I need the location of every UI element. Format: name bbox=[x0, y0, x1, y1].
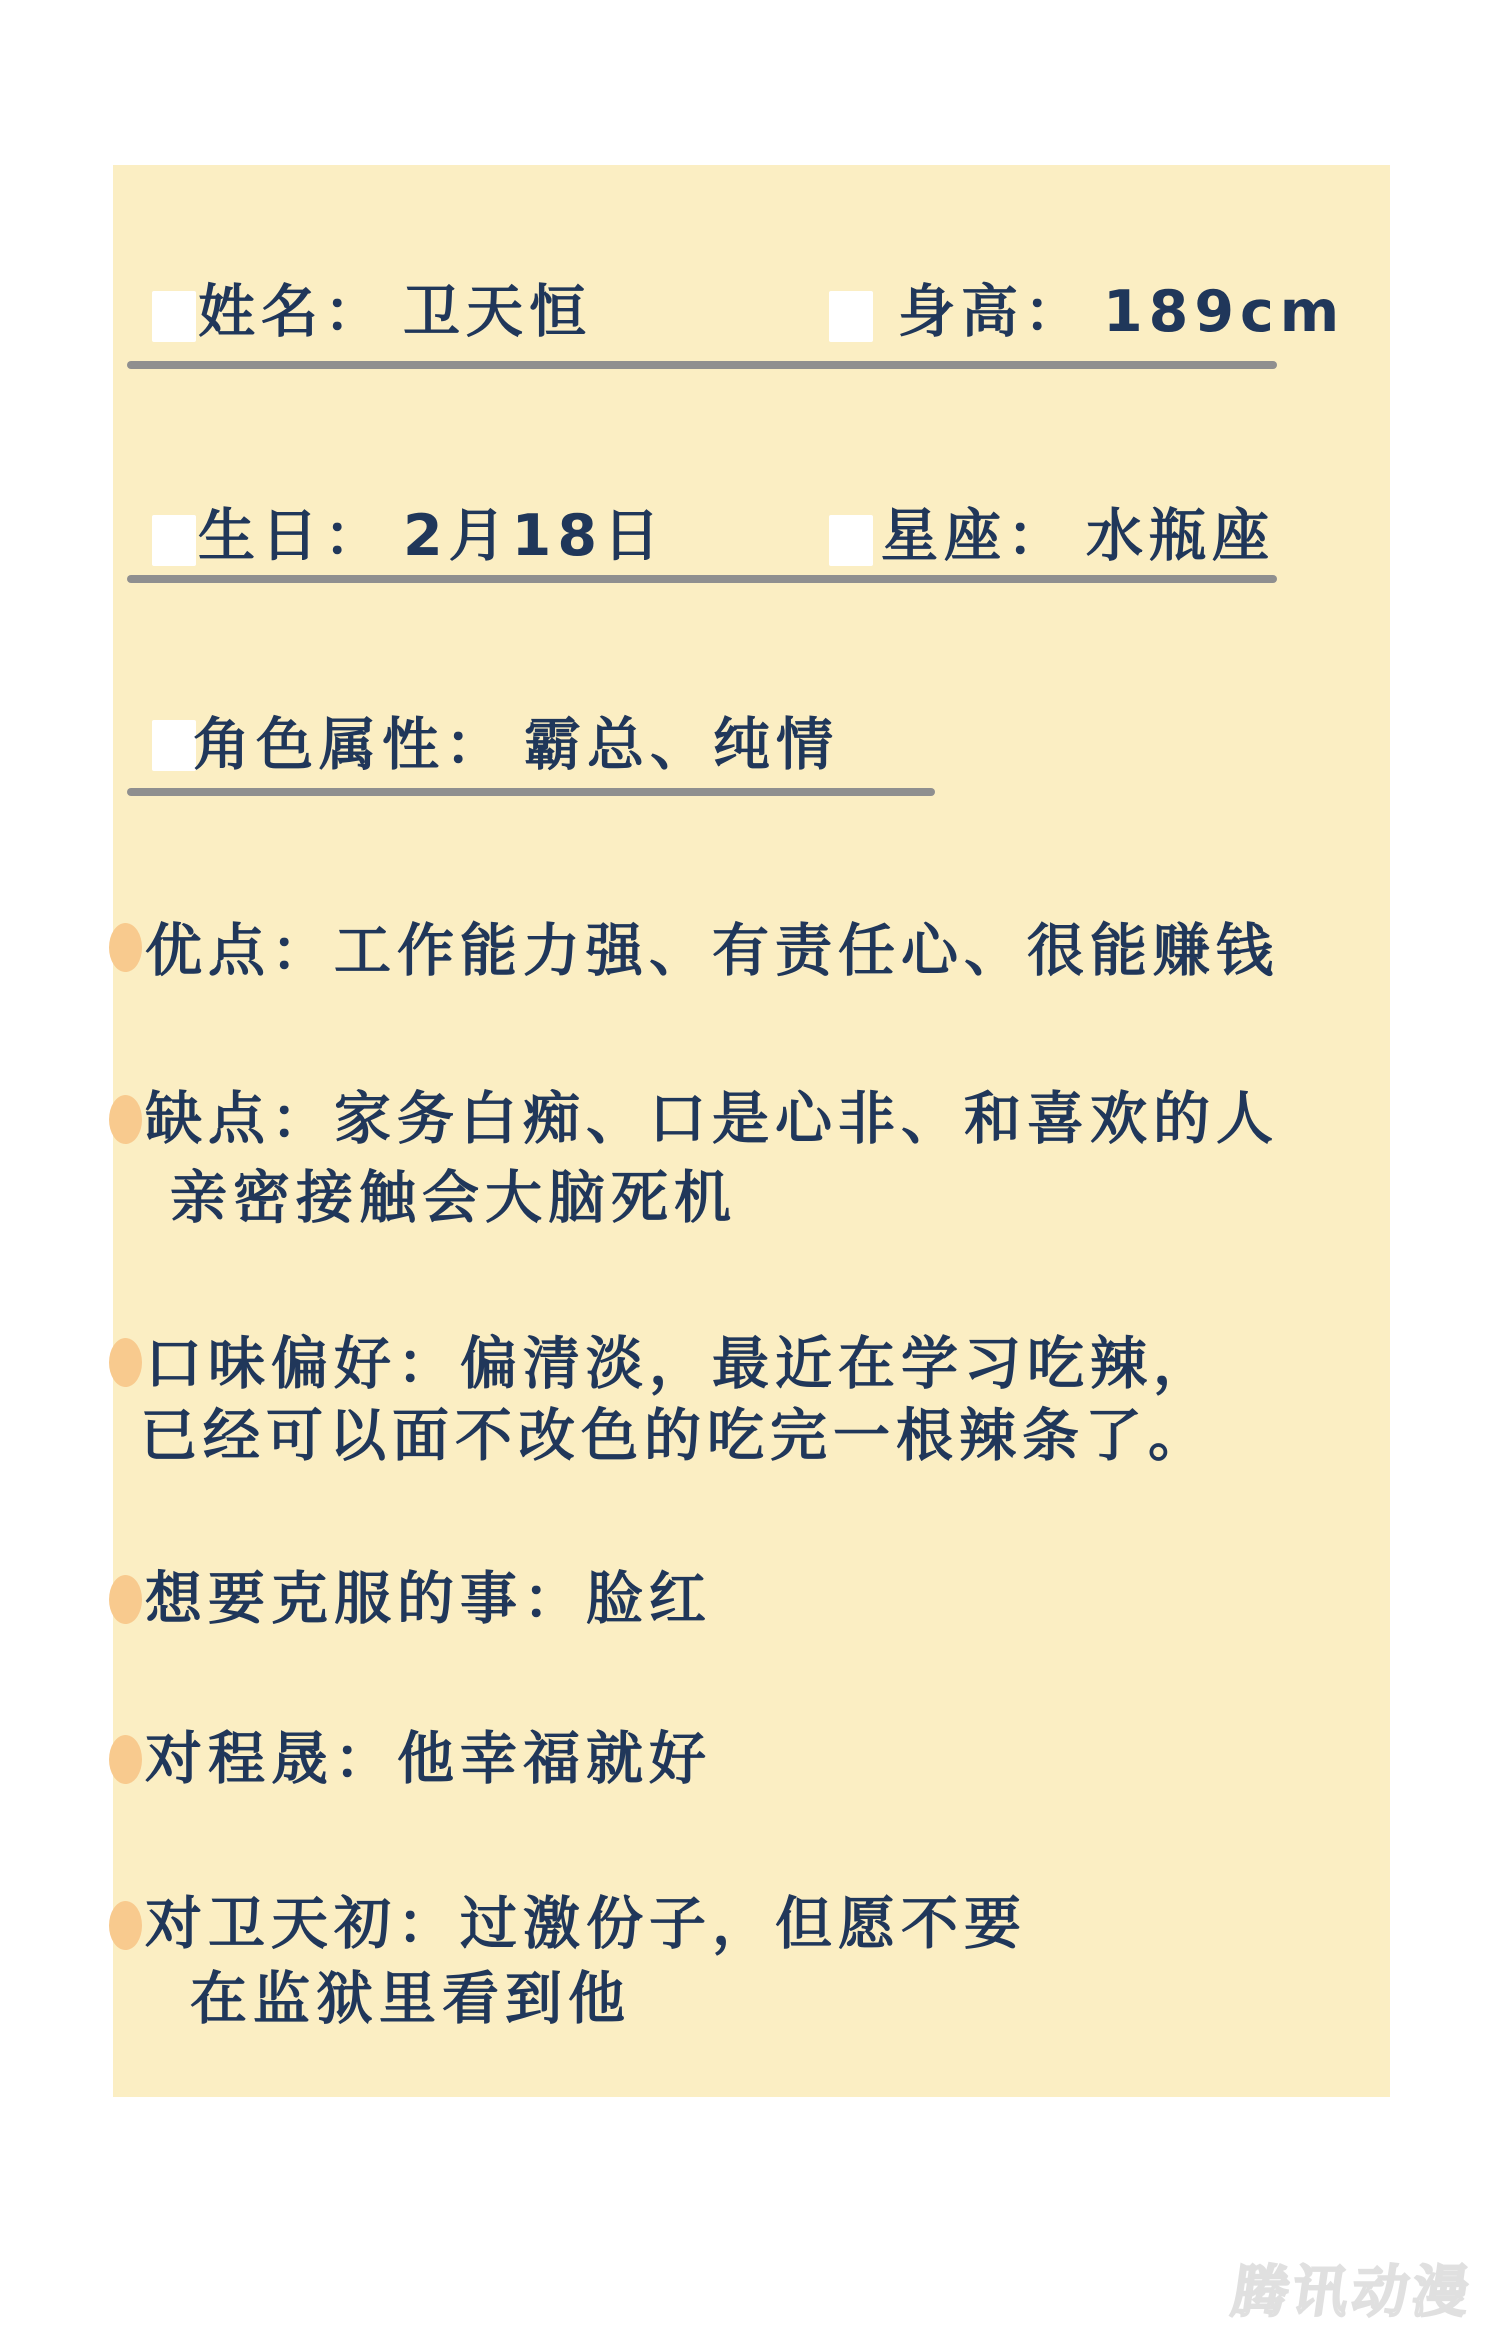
character-profile-card: 姓名：卫天恒 身高：189cm 生日：2月18日 星座：水瓶座 角色属性：霸总、… bbox=[113, 165, 1390, 2097]
orange-dot-bullet bbox=[109, 923, 142, 972]
field-attributes-label: 角色属性： bbox=[193, 712, 508, 778]
section-taste-line-2: 已经可以面不改色的吃完一根辣条了。 bbox=[140, 1400, 1211, 1472]
field-attributes: 角色属性：霸总、纯情 bbox=[193, 710, 839, 780]
white-square-bullet bbox=[152, 291, 196, 342]
orange-dot-bullet bbox=[109, 1575, 142, 1624]
field-zodiac: 星座：水瓶座 bbox=[881, 501, 1275, 571]
section-overcome-line-1: 想要克服的事：脸红 bbox=[145, 1563, 712, 1635]
field-name: 姓名：卫天恒 bbox=[198, 277, 592, 347]
divider-rule bbox=[127, 575, 1277, 583]
white-square-bullet bbox=[152, 515, 196, 566]
section-chengsheng-line-1: 对程晟：他幸福就好 bbox=[145, 1723, 712, 1795]
section-taste-line-1: 口味偏好：偏清淡，最近在学习吃辣， bbox=[145, 1328, 1216, 1400]
tencent-comics-watermark: 腾讯动漫 bbox=[1227, 2248, 1478, 2328]
field-height: 身高：189cm bbox=[898, 277, 1345, 347]
section-weaknesses-line-1: 缺点：家务白痴、口是心非、和喜欢的人 bbox=[145, 1083, 1279, 1155]
field-height-label: 身高： bbox=[898, 279, 1087, 345]
field-name-value: 卫天恒 bbox=[403, 279, 592, 345]
field-birthday-value: 2月18日 bbox=[403, 503, 666, 569]
orange-dot-bullet bbox=[109, 1338, 142, 1387]
section-strengths-line-1: 优点：工作能力强、有责任心、很能赚钱 bbox=[145, 915, 1279, 987]
section-weaknesses-line-2: 亲密接触会大脑死机 bbox=[170, 1162, 737, 1234]
orange-dot-bullet bbox=[109, 1901, 142, 1950]
page: 姓名：卫天恒 身高：189cm 生日：2月18日 星座：水瓶座 角色属性：霸总、… bbox=[0, 0, 1500, 2329]
field-zodiac-label: 星座： bbox=[881, 503, 1070, 569]
field-birthday-label: 生日： bbox=[198, 503, 387, 569]
field-name-label: 姓名： bbox=[198, 279, 387, 345]
field-zodiac-value: 水瓶座 bbox=[1086, 503, 1275, 569]
field-birthday: 生日：2月18日 bbox=[198, 501, 666, 571]
orange-dot-bullet bbox=[109, 1735, 142, 1784]
white-square-bullet bbox=[829, 515, 873, 566]
white-square-bullet bbox=[152, 720, 196, 771]
section-weitianchu-line-2: 在监狱里看到他 bbox=[190, 1963, 631, 2035]
field-height-value: 189cm bbox=[1103, 279, 1345, 345]
orange-dot-bullet bbox=[109, 1095, 142, 1144]
divider-rule bbox=[127, 361, 1277, 369]
white-square-bullet bbox=[829, 291, 873, 342]
divider-rule bbox=[127, 788, 935, 796]
field-attributes-value: 霸总、纯情 bbox=[524, 712, 839, 778]
section-weitianchu-line-1: 对卫天初：过激份子，但愿不要 bbox=[145, 1888, 1027, 1960]
